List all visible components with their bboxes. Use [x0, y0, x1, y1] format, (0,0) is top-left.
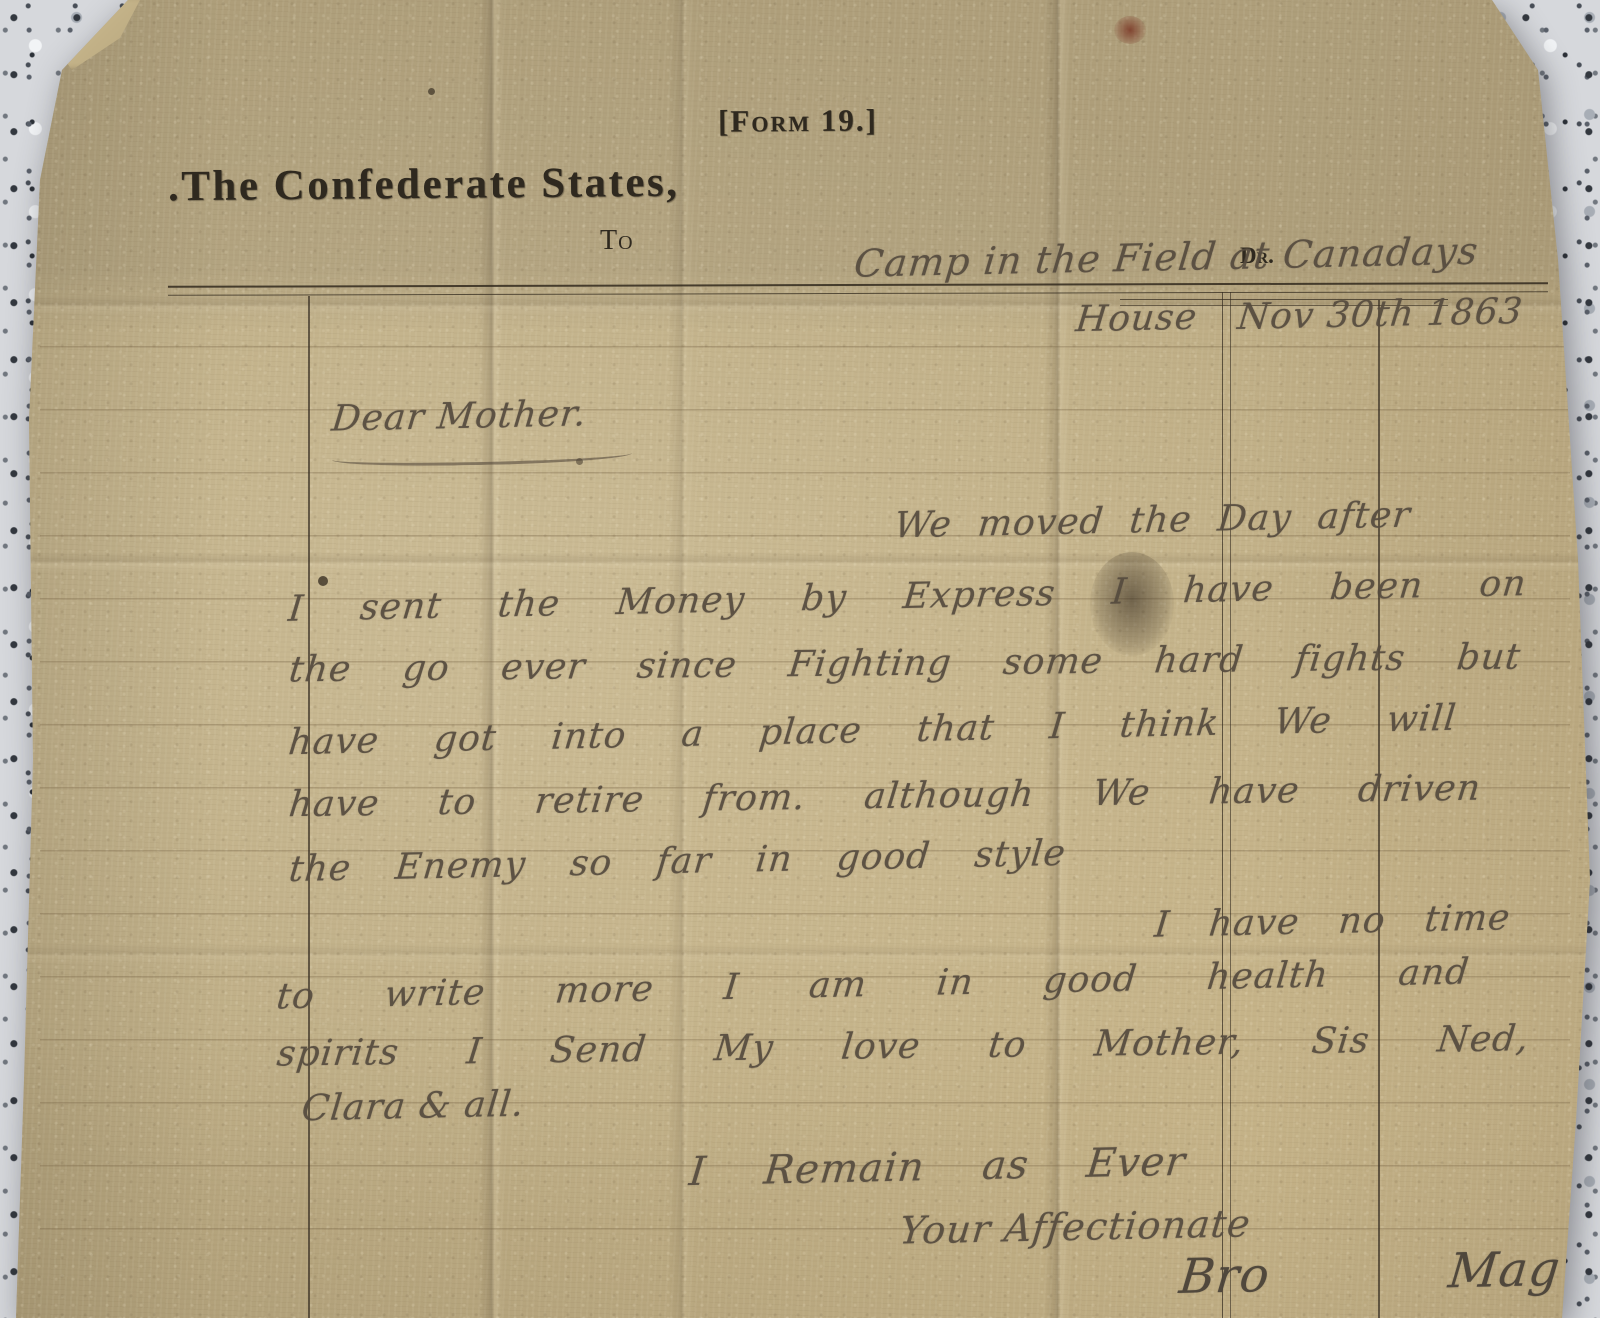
photo-of-letter: [Form 19.] .The Confederate States, To D… [0, 0, 1600, 1318]
closing-line-1: I Remain as Ever [687, 1141, 1187, 1193]
signature: Bro Mag [1177, 1244, 1563, 1302]
form-to-label: To [600, 225, 634, 257]
pencil-dot-mark [318, 576, 328, 586]
red-stain-spot [1114, 16, 1146, 44]
letter-paper: [Form 19.] .The Confederate States, To D… [0, 0, 1600, 1318]
form-number: [Form 19.] [718, 102, 878, 139]
form-title: .The Confederate States, [168, 158, 680, 211]
handwriting-line-7: I have no time [1153, 899, 1513, 944]
handwritten-date: Nov 30th 1863 [1236, 293, 1525, 337]
letter-paper-wrapper: [Form 19.] .The Confederate States, To D… [0, 0, 1600, 1318]
closing-line-2: Your Affectionate [898, 1204, 1253, 1251]
handwritten-place-line2: House [1074, 299, 1199, 339]
small-dot-mark [428, 88, 435, 95]
letter-salutation: Dear Mother. [330, 395, 589, 438]
handwriting-line-10: Clara & all. [300, 1086, 526, 1128]
